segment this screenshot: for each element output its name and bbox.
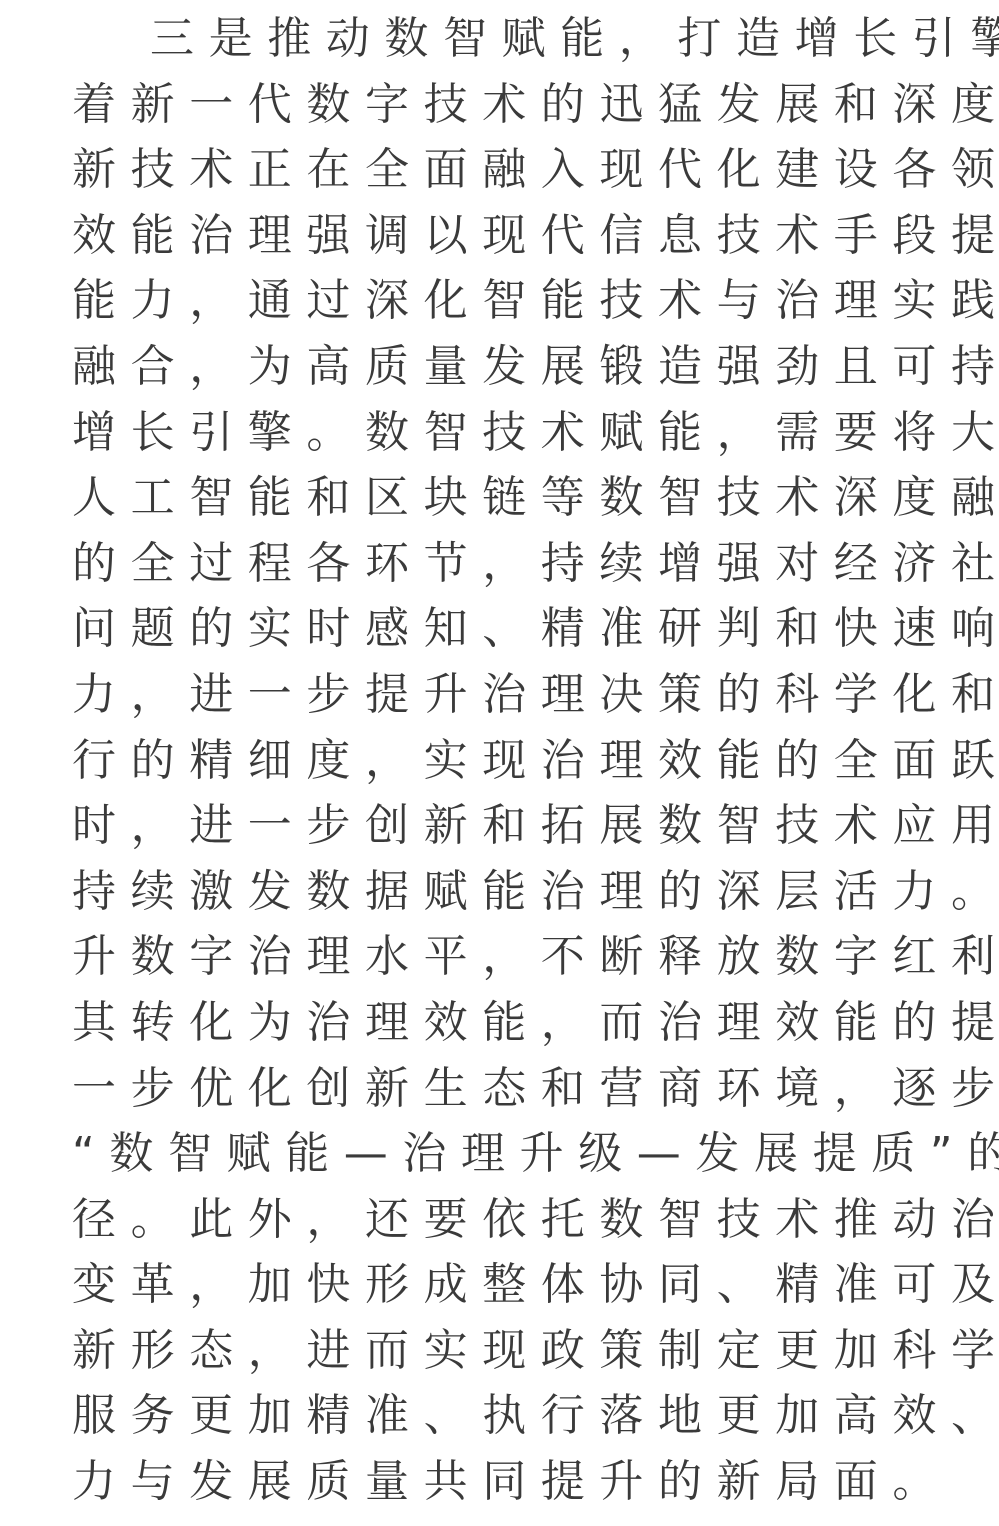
text-line-7: 增长引擎。数智技术赋能，需要将大数据、 (72, 400, 932, 466)
text-line-20: 变革，加快形成整体协同、精准可及的治理 (72, 1252, 932, 1318)
text-line-4: 效能治理强调以现代信息技术手段提升治理 (72, 203, 932, 269)
text-line-14: 持续激发数据赋能治理的深层活力。通过提 (72, 859, 932, 925)
text-line-21: 新形态，进而实现政策制定更加科学、公共 (72, 1318, 932, 1384)
text-line-2: 着新一代数字技术的迅猛发展和深度应用， (72, 72, 932, 138)
text-line-16: 其转化为治理效能，而治理效能的提升又进 (72, 990, 932, 1056)
text-line-10: 问题的实时感知、精准研判和快速响应能 (72, 596, 932, 662)
text-line-8: 人工智能和区块链等数智技术深度融入治理 (72, 465, 932, 531)
text-line-15: 升数字治理水平，不断释放数字红利，并将 (72, 924, 932, 990)
text-line-5: 能力，通过深化智能技术与治理实践的有机 (72, 268, 932, 334)
text-line-9: 的全过程各环节，持续增强对经济社会复杂 (72, 531, 932, 597)
text-line-13: 时，进一步创新和拓展数智技术应用场景， (72, 793, 932, 859)
article-body: 三是推动数智赋能，打造增长引擎。随 着新一代数字技术的迅猛发展和深度应用， 新技… (72, 6, 932, 1515)
text-line-6: 融合，为高质量发展锻造强劲且可持续的新 (72, 334, 932, 400)
text-line-12: 行的精细度，实现治理效能的全面跃升。同 (72, 728, 932, 794)
text-line-18: “数智赋能—治理升级—发展提质”的有效路 (72, 1121, 932, 1187)
text-line-19: 径。此外，还要依托数智技术推动治理模式 (72, 1187, 932, 1253)
text-line-11: 力，进一步提升治理决策的科学化和政策执 (72, 662, 932, 728)
text-line-22: 服务更加精准、执行落地更加高效、治理能 (72, 1383, 932, 1449)
text-line-23: 力与发展质量共同提升的新局面。 (72, 1449, 932, 1515)
text-line-1: 三是推动数智赋能，打造增长引擎。随 (72, 6, 932, 72)
text-line-17: 一步优化创新生态和营商环境，逐步构建起 (72, 1056, 932, 1122)
text-line-3: 新技术正在全面融入现代化建设各领域。高 (72, 137, 932, 203)
